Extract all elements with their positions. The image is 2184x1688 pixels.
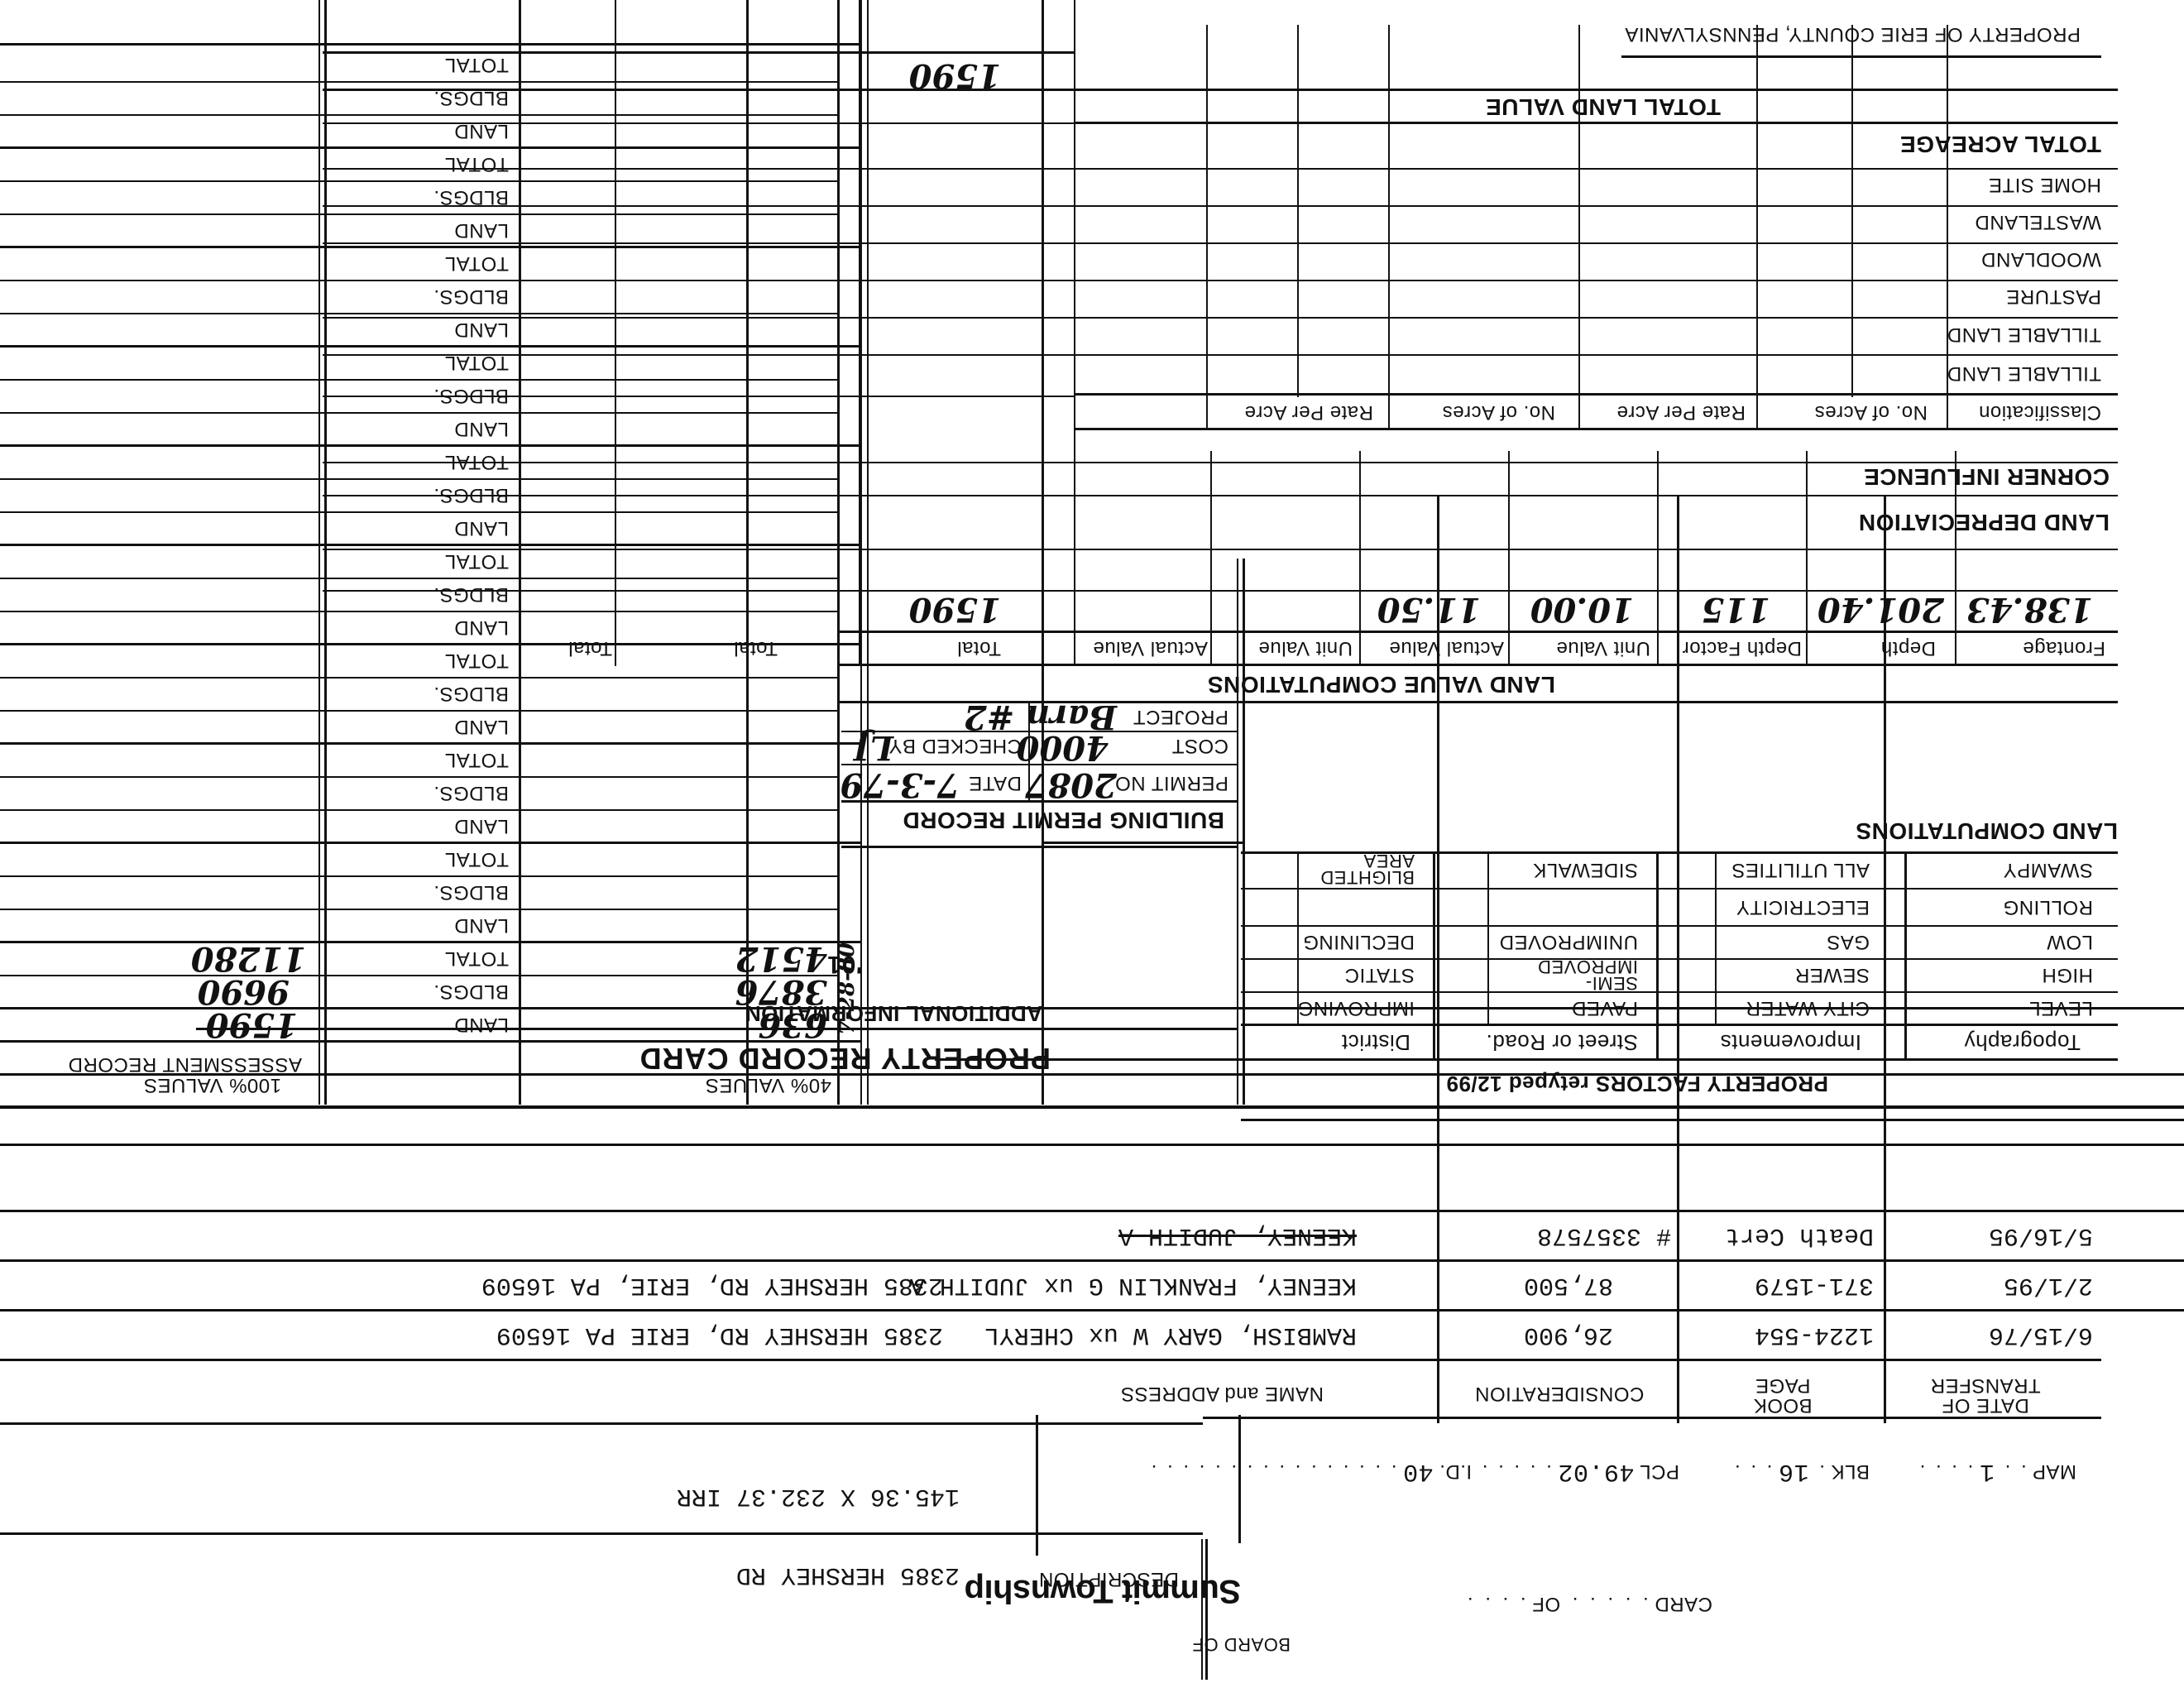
assessment-total-label: TOTAL xyxy=(444,748,509,771)
assessment-bldgs-label: BLDGS. xyxy=(433,285,509,308)
transfers-col-divider xyxy=(1437,496,1439,1423)
rule xyxy=(1657,451,1659,666)
rule xyxy=(0,1073,2184,1076)
building-permit-title: BUILDING PERMIT RECORD xyxy=(903,807,1224,833)
rule xyxy=(840,631,2118,633)
rule xyxy=(1036,1415,1038,1556)
rule xyxy=(323,462,2118,463)
assessment-land-label: LAND xyxy=(454,715,509,738)
assessment-bldgs-label: BLDGS. xyxy=(433,583,509,606)
permit-checked-by-label: CHECKED BY xyxy=(888,734,1022,757)
acreage-row-total: TOTAL ACREAGE xyxy=(1900,131,2101,157)
lv-header-total-3: Total xyxy=(568,636,612,659)
assessment-bldgs-label: BLDGS. xyxy=(433,682,509,705)
section-rule xyxy=(0,1105,2184,1109)
rule xyxy=(0,246,860,248)
factor-blighted-line2: AREA xyxy=(1320,852,1415,869)
rule xyxy=(1075,428,2118,430)
assessment-title-line1: ASSESSMENT RECORD xyxy=(68,1053,302,1076)
factor-city-water[interactable]: CITY WATER xyxy=(1746,996,1870,1019)
factor-high[interactable]: HIGH xyxy=(2042,963,2093,986)
assessment-land-label: LAND xyxy=(454,814,509,837)
assessment-land-100: 1590 xyxy=(206,1005,298,1044)
rule xyxy=(837,0,840,1105)
rule xyxy=(323,280,1075,281)
rule xyxy=(1075,317,2118,319)
rule xyxy=(1241,925,2118,927)
land-depreciation-label: LAND DEPRECIATION xyxy=(1858,509,2110,535)
factor-paved[interactable]: PAVED xyxy=(1572,996,1638,1019)
map-field: MAP . . 1 . . . . xyxy=(1918,1457,2076,1485)
lv-frontage-value: 138.43 xyxy=(1966,590,2093,629)
rule xyxy=(1388,25,1390,430)
assessment-total-label: TOTAL xyxy=(444,252,509,275)
factor-col-improvements: Improvements xyxy=(1720,1029,1861,1055)
transfer-book-page: 1224-554 xyxy=(1755,1321,1874,1349)
rule xyxy=(0,742,860,745)
map-value: 1 xyxy=(1980,1457,1995,1485)
rule xyxy=(1851,25,1853,397)
land-value-title: LAND VALUE COMPUTATIONS xyxy=(1207,671,1555,698)
permit-project-label: PROJECT xyxy=(1133,705,1228,728)
rule xyxy=(1359,451,1361,666)
rule xyxy=(0,313,840,314)
rule xyxy=(0,710,840,712)
rule xyxy=(1487,854,1489,1026)
card-of-label: OF xyxy=(1532,1593,1560,1615)
rule xyxy=(615,0,616,666)
rule xyxy=(323,51,1075,54)
header-date-line1: DATE OF xyxy=(1903,1395,2068,1415)
rule xyxy=(0,677,840,679)
transfer-date: 2/1/95 xyxy=(2004,1271,2093,1299)
lv-header-actual-value: Actual Value xyxy=(1389,636,1504,659)
center-right-border xyxy=(1042,0,1044,1105)
rule xyxy=(323,495,2118,496)
assessment-land-label: LAND xyxy=(454,218,509,242)
transfers-col-divider xyxy=(1884,496,1886,1423)
lv-header-unit-value: Unit Value xyxy=(1556,636,1650,659)
assessment-total-label: TOTAL xyxy=(444,53,509,76)
id-value: 40 xyxy=(1403,1457,1434,1485)
rule xyxy=(1508,451,1510,666)
corner-influence-label: CORNER INFLUENCE xyxy=(1864,463,2110,490)
acreage-header-rate-2: Rate Per Acre xyxy=(1244,400,1373,424)
factor-electricity[interactable]: ELECTRICITY xyxy=(1736,895,1870,918)
assessment-land-40: 636 xyxy=(759,1005,828,1044)
assessment-land-label: LAND xyxy=(454,417,509,440)
property-factors-title: PROPERTY FACTORS retyped 12/99 xyxy=(1446,1071,1828,1096)
lv-actual-value: 11.50 xyxy=(1377,590,1481,629)
assessment-total-label: TOTAL xyxy=(444,152,509,175)
header-consideration: CONSIDERATION xyxy=(1448,1382,1671,1405)
description-address: 2385 HERSHEY RD xyxy=(736,1561,960,1589)
rule xyxy=(0,975,840,976)
assessment-total-label: TOTAL xyxy=(444,649,509,672)
assessment-total-label: TOTAL xyxy=(444,549,509,573)
transfer-name: RAMBISH, GARY W ux CHERYL xyxy=(984,1321,1357,1349)
rule xyxy=(0,842,860,844)
lv-header-unit-value-2: Unit Value xyxy=(1258,636,1353,659)
rule xyxy=(0,511,840,513)
acreage-header-no-acres-2: No. of Acres xyxy=(1442,400,1555,424)
permit-project-value: Barn #2 xyxy=(964,698,1117,736)
rule xyxy=(1075,354,2118,356)
property-record-card-title: PROPERTY RECORD CARD xyxy=(639,1041,1051,1076)
factor-semi-line1: SEMI- xyxy=(1538,975,1638,991)
assessment-bldgs-label: BLDGS. xyxy=(433,781,509,804)
rule xyxy=(1241,991,2118,993)
transfers-col-divider xyxy=(1677,496,1679,1423)
factor-level[interactable]: LEVEL xyxy=(2029,996,2093,1019)
rule xyxy=(1433,854,1435,1061)
rule xyxy=(1237,559,1238,1105)
rule xyxy=(323,549,2118,550)
rule xyxy=(0,1259,2184,1262)
header-date-of-transfer: DATE OF TRANSFER xyxy=(1903,1375,2068,1415)
assessment-year-note: '01 xyxy=(827,950,862,978)
rule xyxy=(323,590,2118,592)
rule xyxy=(0,544,860,546)
rule xyxy=(0,81,840,83)
lv-header-total: Total xyxy=(957,636,1001,659)
header-name-address: NAME and ADDRESS xyxy=(1121,1382,1324,1405)
permit-no-value: 2087 xyxy=(1025,765,1117,804)
rule xyxy=(840,701,2118,703)
rule xyxy=(323,242,1075,244)
transfer-name-struck: KEENEY, JUDITH A xyxy=(1118,1221,1357,1249)
transfer-name: KEENEY, FRANKLIN G ux JUDITH A xyxy=(910,1271,1357,1299)
rule xyxy=(840,664,2118,666)
assessment-land-label: LAND xyxy=(454,318,509,341)
factor-low[interactable]: LOW xyxy=(2047,930,2093,953)
factor-declining[interactable]: DECLINING xyxy=(1303,930,1415,953)
assessment-total-label: TOTAL xyxy=(444,847,509,870)
acreage-row-wasteland: WASTELAND xyxy=(1975,210,2101,233)
transfer-consideration: # 3357578 xyxy=(1537,1221,1671,1249)
rule xyxy=(0,379,840,381)
rule xyxy=(0,809,840,811)
factor-semi-line2: IMPROVED xyxy=(1538,958,1638,975)
pcl-label: PCL xyxy=(1640,1460,1679,1483)
rule xyxy=(1075,393,2118,396)
transfer-book-page: 371-1579 xyxy=(1755,1271,1874,1299)
rule xyxy=(0,1422,1203,1425)
lv-header-actual-value-2: Actual Value xyxy=(1093,636,1208,659)
card-number-label: CARD xyxy=(1655,1593,1712,1615)
header-date-line2: TRANSFER xyxy=(1903,1375,2068,1395)
rule xyxy=(1210,451,1212,666)
rule xyxy=(867,0,869,1105)
rule xyxy=(0,578,840,579)
factor-all-utilities[interactable]: ALL UTILITIES xyxy=(1731,858,1870,881)
acreage-row-pasture: PASTURE xyxy=(2006,285,2101,308)
rule xyxy=(323,89,2118,91)
property-record-card: BOARD OF Summit Township CARD . . . . . … xyxy=(0,0,2184,1688)
total-land-value-label: TOTAL LAND VALUE xyxy=(1486,94,1721,120)
acreage-row-tillable-1: TILLABLE LAND xyxy=(1947,362,2101,385)
acreage-header-classification: Classification xyxy=(1979,400,2101,424)
id-label: I.D. xyxy=(1439,1460,1472,1483)
transfer-book-page: Death Cert xyxy=(1725,1221,1874,1249)
rule xyxy=(0,611,840,612)
factor-col-street: Street or Road. xyxy=(1486,1029,1638,1055)
rule xyxy=(1075,280,2118,281)
header-book-page: BOOK PAGE xyxy=(1696,1375,1870,1415)
assessment-bldgs-label: BLDGS. xyxy=(433,880,509,904)
rule xyxy=(1621,55,2101,58)
rule xyxy=(0,1210,2184,1212)
factor-unimproved[interactable]: UNIMPROVED xyxy=(1499,930,1638,953)
rule xyxy=(196,1028,1238,1030)
rule xyxy=(935,1058,2118,1061)
transfer-consideration: 87,500 xyxy=(1524,1271,1613,1299)
blk-label: BLK xyxy=(1831,1460,1870,1483)
permit-checked-by-value: LJ xyxy=(855,728,893,767)
lv-header-depth: Depth xyxy=(1880,636,1936,659)
factor-swampy[interactable]: SWAMPY xyxy=(2003,858,2093,881)
lv-header-frontage: Frontage xyxy=(2023,636,2105,659)
land-computations-title: LAND COMPUTATIONS xyxy=(1856,818,2118,844)
transfer-date: 5/16/95 xyxy=(1989,1221,2093,1249)
rule xyxy=(1656,854,1659,1061)
rule xyxy=(323,205,1075,207)
rule xyxy=(1241,1119,2184,1121)
assessment-40-label: 40% VALUES xyxy=(705,1073,831,1096)
rule xyxy=(323,317,1075,319)
acreage-row-tillable-2: TILLABLE LAND xyxy=(1947,323,2101,346)
rule xyxy=(1241,888,2118,890)
factor-col-district: District xyxy=(1342,1029,1410,1055)
rule xyxy=(1715,854,1717,1026)
rule xyxy=(0,1309,2184,1312)
header-divider xyxy=(1205,1539,1208,1680)
rule xyxy=(0,1359,2101,1361)
assessment-land-label: LAND xyxy=(454,516,509,539)
assessment-total-label: TOTAL xyxy=(444,947,509,970)
header-divider-2 xyxy=(1201,1539,1203,1680)
acreage-header-no-acres: No. of Acres xyxy=(1814,400,1928,424)
rule xyxy=(0,345,860,348)
rule xyxy=(0,643,860,645)
property-of-label: PROPERTY OF ERIE COUNTY, PENNSYLVANIA xyxy=(1625,22,2081,46)
rule xyxy=(0,1532,1203,1535)
rule xyxy=(519,0,521,1105)
rule xyxy=(1578,25,1580,430)
rule xyxy=(1075,205,2118,207)
rule xyxy=(0,43,860,46)
rule xyxy=(1074,0,1075,666)
assessment-100-label: 100% VALUES xyxy=(144,1073,281,1096)
permit-cost-label: COST xyxy=(1171,734,1228,757)
rule xyxy=(1756,25,1758,430)
assessment-land-label: LAND xyxy=(454,616,509,639)
assessment-bldgs-100: 9690 xyxy=(198,972,290,1011)
permit-date-value: 7-3-79 xyxy=(840,765,960,804)
rule xyxy=(859,0,860,666)
blk-field: BLK . 16 . . . xyxy=(1732,1457,1870,1485)
rule xyxy=(841,846,1238,848)
factor-semi-improved[interactable]: SEMI- IMPROVED xyxy=(1538,958,1638,991)
factor-gas[interactable]: GAS xyxy=(1827,930,1870,953)
rule xyxy=(323,168,1075,170)
rule xyxy=(0,875,840,877)
property-factors-right-border xyxy=(1243,559,1245,1105)
rule xyxy=(0,1144,2184,1146)
header-book: BOOK xyxy=(1696,1395,1870,1415)
lv-total-value: 1590 xyxy=(909,590,1001,629)
rule xyxy=(323,354,1075,356)
pcl-value: 49.02 xyxy=(1558,1457,1635,1485)
lv-depth-factor-value: 115 xyxy=(1702,590,1771,629)
factor-blighted-line1: BLIGHTED xyxy=(1320,869,1415,885)
rule xyxy=(1241,1024,2118,1026)
rule xyxy=(0,1040,860,1043)
assessment-bldgs-label: BLDGS. xyxy=(433,980,509,1003)
rule xyxy=(1806,451,1808,666)
description-label: DESCRIPTION xyxy=(1038,1567,1179,1590)
assessment-left-border xyxy=(324,0,327,1105)
transfer-consideration: 26,900 xyxy=(1524,1321,1613,1349)
header-page: PAGE xyxy=(1696,1375,1870,1395)
map-label: MAP xyxy=(2033,1460,2076,1483)
assessment-title: ASSESSMENT RECORD xyxy=(68,1053,302,1076)
assessment-total-40: 4512 xyxy=(735,939,827,978)
rule xyxy=(0,114,840,116)
assessment-land-label: LAND xyxy=(454,1013,509,1036)
rule xyxy=(1075,242,2118,244)
lv-depth-value: 201.40 xyxy=(1818,590,1944,629)
assessment-land-label: LAND xyxy=(454,914,509,937)
transfer-address: 2385 HERSHEY RD, ERIE, PA 16509 xyxy=(481,1271,943,1299)
rule xyxy=(323,122,1075,124)
rule xyxy=(0,1008,840,1009)
rule xyxy=(1203,1417,2101,1419)
rule xyxy=(1075,122,2118,124)
permit-date-label: DATE xyxy=(969,771,1022,794)
rule xyxy=(0,941,860,943)
rule xyxy=(0,909,840,910)
blk-value: 16 xyxy=(1779,1457,1809,1485)
rule xyxy=(1241,958,2118,960)
rule xyxy=(0,180,840,182)
rule xyxy=(1206,25,1208,430)
rule xyxy=(1904,854,1907,1061)
rule xyxy=(0,412,840,414)
rule xyxy=(0,478,840,480)
factor-static[interactable]: STATIC xyxy=(1344,963,1415,986)
acreage-header-rate: Rate Per Acre xyxy=(1616,400,1746,424)
lv-header-total-2: Total xyxy=(734,636,778,659)
acreage-row-woodland: WOODLAND xyxy=(1981,247,2101,271)
assessment-total-100: 11280 xyxy=(191,939,306,978)
lv-header-depth-factor: Depth Factor xyxy=(1682,636,1802,659)
description-lot-size: 145.36 X 232.37 IRR xyxy=(677,1482,960,1510)
pcl-field: PCL 49.02 . . . . . I.D. 40 . . . . . . … xyxy=(1149,1457,1679,1485)
card-label: CARD . . . . . OF . . . . xyxy=(1464,1592,1712,1615)
property-factors-title-text: PROPERTY FACTORS retyped 12/99 xyxy=(1446,1072,1828,1096)
transfer-address: 2385 HERSHEY RD, ERIE PA 16509 xyxy=(496,1321,943,1349)
factor-improving[interactable]: IMPROVING xyxy=(1297,996,1415,1019)
rule xyxy=(0,146,860,149)
rule xyxy=(1042,842,1245,844)
permit-no-label: PERMIT NO. xyxy=(1109,771,1228,794)
rule xyxy=(0,213,840,215)
rule xyxy=(860,0,862,1105)
factor-rolling[interactable]: ROLLING xyxy=(2003,895,2093,918)
lv-unit-value: 10.00 xyxy=(1530,590,1634,629)
assessment-bldgs-40: 3876 xyxy=(735,972,827,1011)
rule xyxy=(0,444,860,447)
acreage-row-home-site: HOME SITE xyxy=(1988,173,2101,196)
rule xyxy=(1297,25,1299,397)
factor-sewer[interactable]: SEWER xyxy=(1794,963,1870,986)
factor-sidewalk[interactable]: SIDEWALK xyxy=(1533,858,1638,881)
rule xyxy=(323,396,1075,397)
factor-col-topography: Topography xyxy=(1964,1029,2081,1055)
transfer-date: 6/15/76 xyxy=(1989,1321,2093,1349)
rule xyxy=(318,0,320,1105)
rule xyxy=(1075,168,2118,170)
rule xyxy=(0,776,840,778)
factor-blighted-area[interactable]: BLIGHTED AREA xyxy=(1320,852,1415,885)
